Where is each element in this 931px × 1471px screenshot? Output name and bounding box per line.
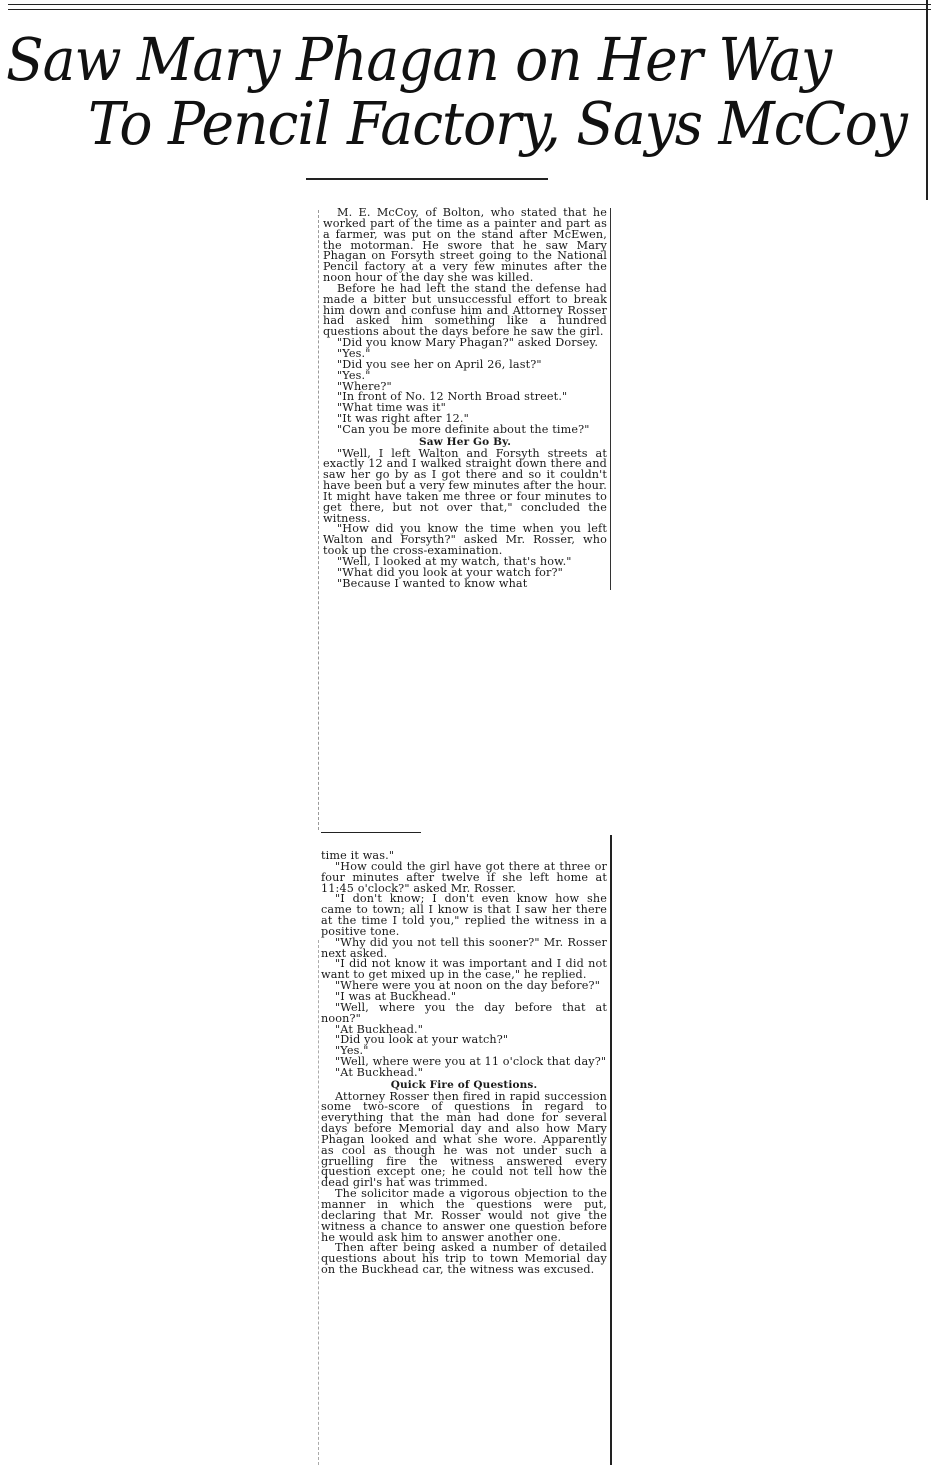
paragraph: "I don't know; I don't even know how she… bbox=[321, 894, 607, 937]
top-rule bbox=[8, 4, 931, 5]
column-1-paragraphs: M. E. McCoy, of Bolton, who stated that … bbox=[323, 208, 607, 436]
paragraph: Attorney Rosser then fired in rapid succ… bbox=[321, 1092, 607, 1190]
headline-divider bbox=[306, 178, 548, 180]
headline-line-2: To Pencil Factory, Says McCoy bbox=[88, 90, 931, 157]
column-border bbox=[318, 940, 319, 1465]
paragraph: "I did not know it was important and I d… bbox=[321, 959, 607, 981]
column-break-rule bbox=[321, 832, 421, 833]
article-column-1: M. E. McCoy, of Bolton, who stated that … bbox=[323, 208, 611, 590]
paragraph: "How could the girl have got there at th… bbox=[321, 862, 607, 895]
paragraph: "Because I wanted to know what bbox=[323, 579, 607, 590]
paragraph: "Can you be more definite about the time… bbox=[323, 425, 607, 436]
column-2-paragraphs-after: Attorney Rosser then fired in rapid succ… bbox=[321, 1092, 607, 1276]
paragraph: Before he had left the stand the defense… bbox=[323, 284, 607, 338]
paragraph: "Well, I left Walton and Forsyth streets… bbox=[323, 449, 607, 525]
article-column-2: time it was." "How could the girl have g… bbox=[321, 851, 607, 1276]
column-2-paragraphs: "How could the girl have got there at th… bbox=[321, 862, 607, 1079]
top-rule-double bbox=[8, 9, 931, 10]
paragraph: Then after being asked a number of detai… bbox=[321, 1243, 607, 1276]
column-border bbox=[610, 835, 612, 1465]
column-1-paragraphs-after: "Well, I left Walton and Forsyth streets… bbox=[323, 449, 607, 590]
paragraph: "How did you know the time when you left… bbox=[323, 524, 607, 557]
paragraph: "Why did you not tell this sooner?" Mr. … bbox=[321, 938, 607, 960]
paragraph: "Well, where you the day before that at … bbox=[321, 1003, 607, 1025]
subhead: Quick Fire of Questions. bbox=[321, 1080, 607, 1091]
subhead: Saw Her Go By. bbox=[323, 437, 607, 448]
headline-line-1: Saw Mary Phagan on Her Way bbox=[6, 26, 931, 93]
paragraph: "At Buckhead." bbox=[321, 1068, 607, 1079]
column-border bbox=[318, 210, 319, 830]
paragraph: The solicitor made a vigorous objection … bbox=[321, 1189, 607, 1243]
paragraph: M. E. McCoy, of Bolton, who stated that … bbox=[323, 208, 607, 284]
